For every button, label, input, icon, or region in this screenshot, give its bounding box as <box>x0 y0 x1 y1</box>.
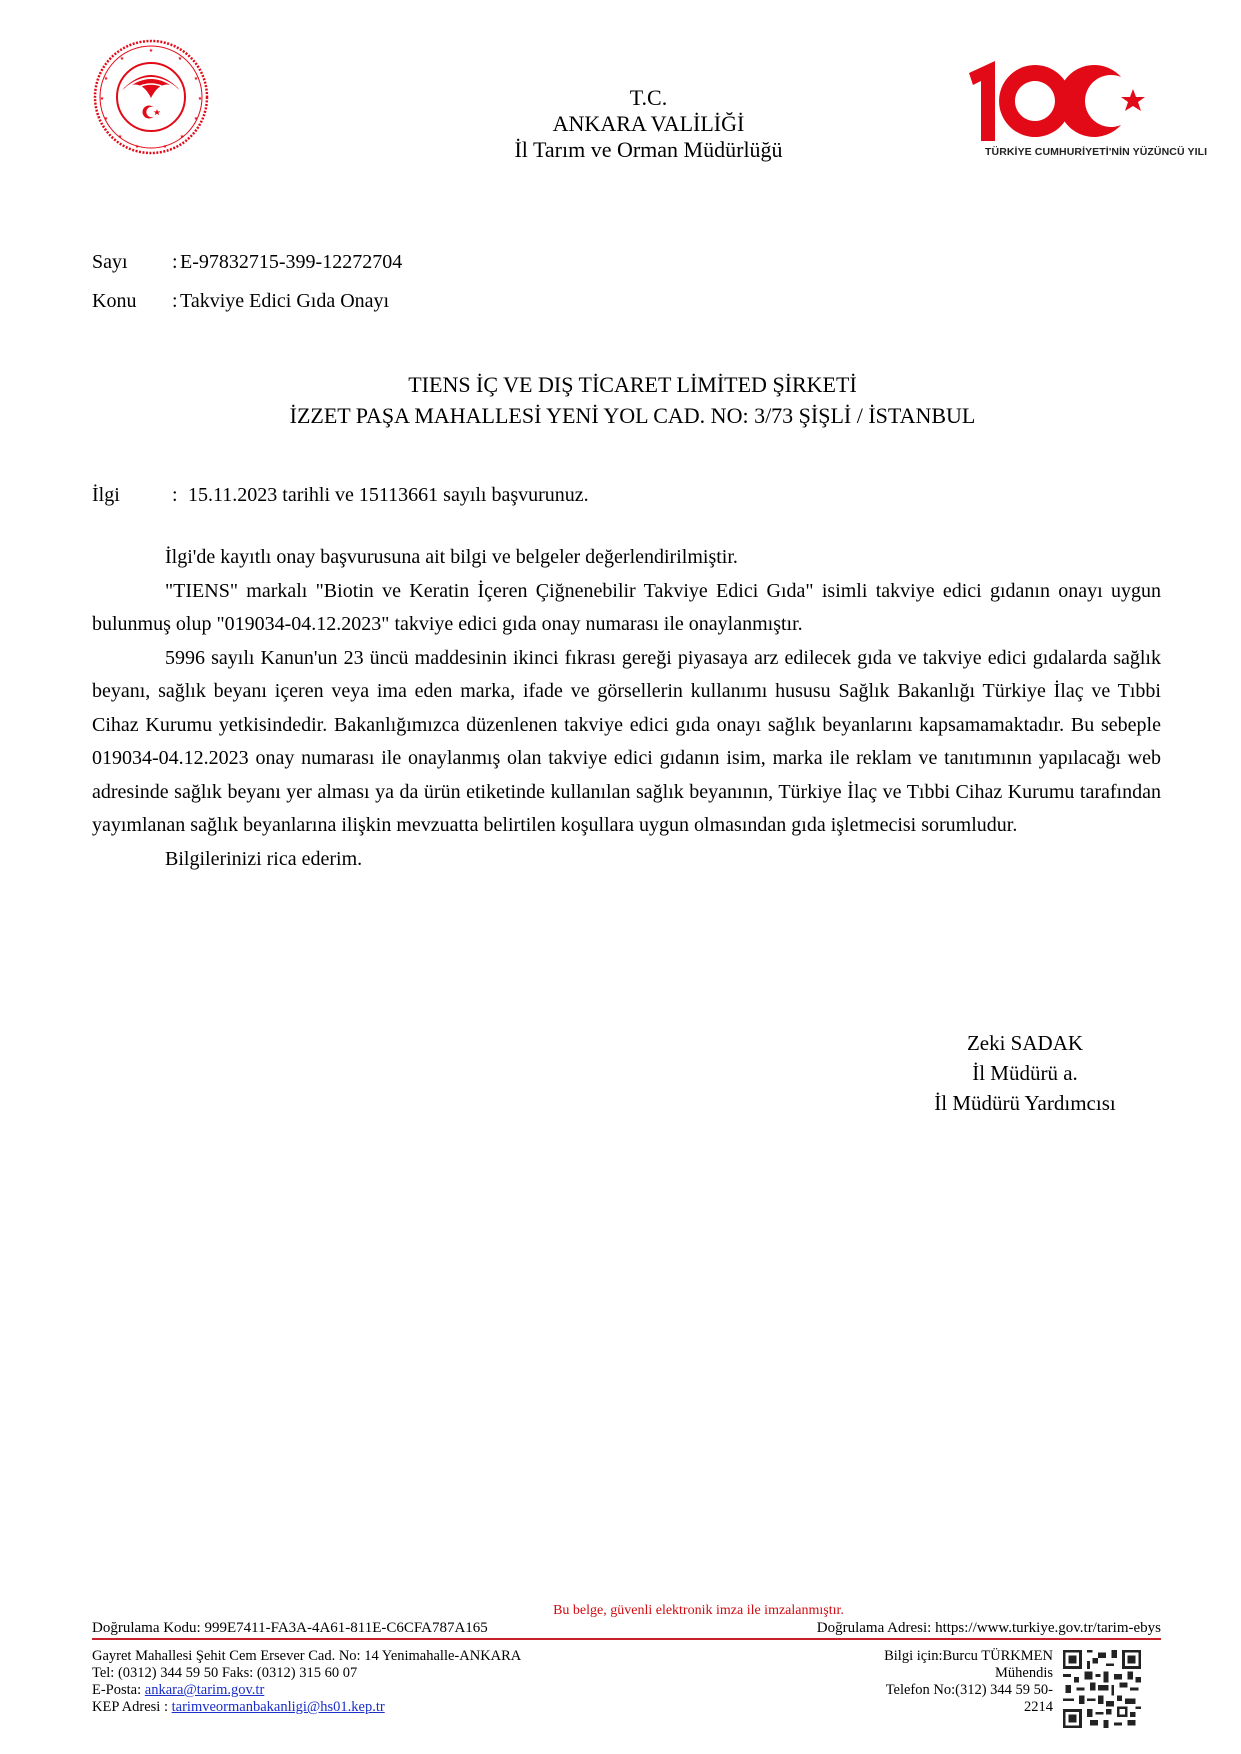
signer-title-1: İl Müdürü a. <box>880 1058 1170 1088</box>
body-paragraph: Bilgilerinizi rica ederim. <box>92 843 1161 877</box>
verification-row: Doğrulama Kodu: 999E7411-FA3A-4A61-811E-… <box>92 1619 1161 1637</box>
email-link[interactable]: ankara@tarim.gov.tr <box>145 1682 265 1698</box>
addressee-company: TIENS İÇ VE DIŞ TİCARET LİMİTED ŞİRKETİ <box>12 372 1241 398</box>
reference-row: İlgi:15.11.2023 tarihli ve 15113661 sayı… <box>92 483 589 507</box>
contact-block: Gayret Mahallesi Şehit Cem Ersever Cad. … <box>92 1648 521 1716</box>
addressee-address: İZZET PAŞA MAHALLESİ YENİ YOL CAD. NO: 3… <box>12 403 1241 429</box>
verification-url-link[interactable]: https://www.turkiye.gov.tr/tarim-ebys <box>935 1620 1161 1636</box>
info-contact-title: Mühendis <box>820 1665 1053 1682</box>
body-paragraph: "TIENS" markalı "Biotin ve Keratin İçere… <box>92 575 1161 642</box>
qr-code-icon <box>1063 1650 1141 1728</box>
svg-text:★: ★ <box>149 48 154 54</box>
sayi-label: Sayı <box>92 250 172 274</box>
kep-link[interactable]: tarimveormanbakanligi@hs01.kep.tr <box>172 1699 385 1715</box>
ilgi-label: İlgi <box>92 483 172 507</box>
info-contact-name: Bilgi için:Burcu TÜRKMEN <box>820 1648 1053 1665</box>
esign-notice: Bu belge, güvenli elektronik imza ile im… <box>78 1603 1241 1619</box>
email-row: E-Posta: ankara@tarim.gov.tr <box>92 1682 521 1699</box>
konu-label: Konu <box>92 289 172 313</box>
office-phone-fax: Tel: (0312) 344 59 50 Faks: (0312) 315 6… <box>92 1665 521 1682</box>
document-number: E-97832715-399-12272704 <box>180 251 402 273</box>
footer-divider <box>92 1638 1161 1640</box>
info-contact-phone: Telefon No:(312) 344 59 50- <box>820 1682 1053 1699</box>
header-directorate: İl Tarım ve Orman Müdürlüğü <box>28 137 1241 163</box>
letter-body: İlgi'de kayıtlı onay başvurusuna ait bil… <box>92 541 1161 876</box>
header-governorship: ANKARA VALİLİĞİ <box>28 111 1241 137</box>
body-paragraph: İlgi'de kayıtlı onay başvurusuna ait bil… <box>92 541 1161 575</box>
svg-text:★: ★ <box>120 56 125 62</box>
reference-value: 15.11.2023 tarihli ve 15113661 sayılı ba… <box>188 484 589 506</box>
info-contact-ext: 2214 <box>820 1699 1053 1716</box>
signature-block: Zeki SADAK İl Müdürü a. İl Müdürü Yardım… <box>880 1028 1170 1118</box>
svg-text:★: ★ <box>194 76 199 82</box>
verification-code: Doğrulama Kodu: 999E7411-FA3A-4A61-811E-… <box>92 1619 488 1637</box>
signer-title-2: İl Müdürü Yardımcısı <box>880 1088 1170 1118</box>
svg-text:★: ★ <box>178 56 183 62</box>
office-address: Gayret Mahallesi Şehit Cem Ersever Cad. … <box>92 1648 521 1665</box>
info-contact-block: Bilgi için:Burcu TÜRKMEN Mühendis Telefo… <box>820 1648 1053 1716</box>
verification-address: Doğrulama Adresi: https://www.turkiye.go… <box>817 1619 1161 1637</box>
header-tc: T.C. <box>28 85 1241 111</box>
subject: Takviye Edici Gıda Onayı <box>180 290 389 312</box>
body-paragraph: 5996 sayılı Kanun'un 23 üncü maddesinin … <box>92 642 1161 843</box>
subject-row: Konu:Takviye Edici Gıda Onayı <box>92 289 389 313</box>
svg-text:★: ★ <box>104 76 109 82</box>
signer-name: Zeki SADAK <box>880 1028 1170 1058</box>
document-number-row: Sayı:E-97832715-399-12272704 <box>92 250 402 274</box>
kep-row: KEP Adresi : tarimveormanbakanligi@hs01.… <box>92 1699 521 1716</box>
